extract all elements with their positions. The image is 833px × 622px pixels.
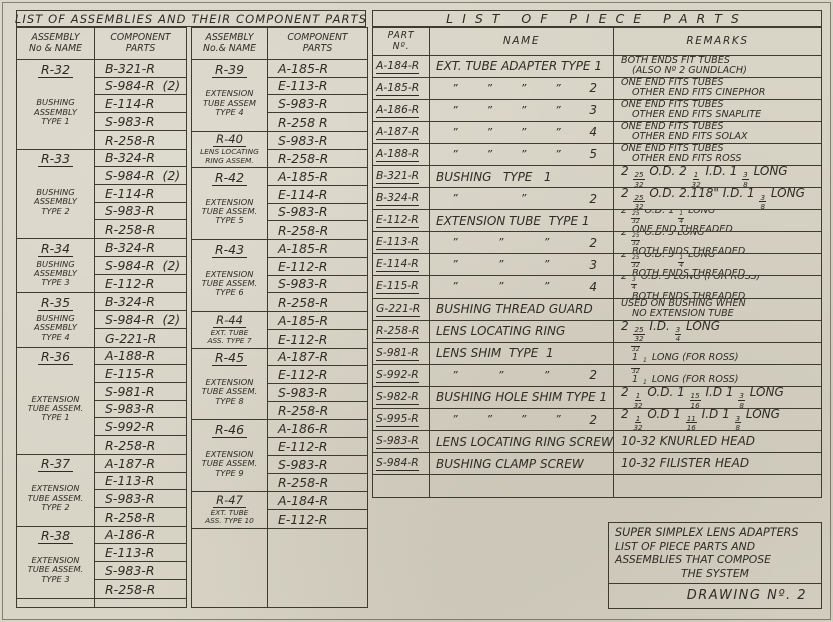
- assembly-cell: R-33BUSHINGASSEMBLYTYPE 2: [17, 150, 95, 239]
- part-name-type-number: 4: [589, 125, 597, 139]
- component-part: R-258-R: [268, 150, 367, 168]
- assembly-cell: R-35BUSHINGASSEMBLYTYPE 4: [17, 293, 95, 346]
- part-number-text: B-321-R: [376, 169, 419, 184]
- component-part: S-983-R: [268, 384, 367, 402]
- remarks-cell: ONE END FITS TUBESOTHER END FITS ROSS: [614, 144, 821, 165]
- table-row: B-321-RBUSHING TYPE 12 2532 O.D. 2 132 I…: [373, 166, 821, 188]
- component-part: B-324-R: [95, 239, 186, 257]
- assembly-name-line: TYPE 3: [41, 278, 69, 287]
- remarks-cell: 2 2532 I.D. 34 LONG: [614, 321, 821, 342]
- assembly-group: R-45EXTENSIONTUBE ASSEM.TYPE 8A-187-RE-1…: [192, 349, 367, 421]
- ditto-mark: ”: [521, 126, 527, 139]
- remarks-line: BOTH ENDS THREADED: [621, 247, 821, 253]
- ditto-mark: ”: [544, 280, 550, 293]
- part-number-cell: S-984-R: [373, 453, 430, 474]
- component-part: E-112-R: [95, 275, 186, 293]
- component-part: S-983-R: [268, 204, 367, 222]
- table-row: A-186-R””””3ONE END FITS TUBESOTHER END …: [373, 100, 821, 122]
- table-row: S-995-R””””22 132 O.D 1 1116 I.D 1 38 LO…: [373, 409, 821, 431]
- remarks-line: NO EXTENSION TUBE: [621, 309, 821, 319]
- ditto-mark: ”: [486, 148, 492, 161]
- column-header-assembly: ASSEMBLY No.& NAME: [192, 28, 268, 59]
- component-parts-list: B-324-RS-984-R (2)E-112-R: [95, 239, 186, 292]
- component-part: A-186-R: [268, 420, 367, 438]
- assembly-name-line: TYPE 9: [215, 469, 243, 478]
- part-number-cell: A-184-R: [373, 56, 430, 77]
- assembly-group: R-36EXTENSIONTUBE ASSEM.TYPE 1A-188-RE-1…: [17, 348, 186, 455]
- ditto-mark: ”: [544, 236, 550, 249]
- component-parts-list: A-185-RE-112-R: [268, 312, 367, 347]
- ditto-mark: ”: [452, 82, 458, 95]
- component-part: E-114-R: [268, 186, 367, 204]
- assembly-group: R-33BUSHINGASSEMBLYTYPE 2B-324-RS-984-R …: [17, 150, 186, 240]
- stacked-fraction: 12: [642, 359, 648, 364]
- assembly-number: R-44: [213, 313, 246, 327]
- part-name-cell: BUSHING HOLE SHIM TYPE 1: [430, 387, 614, 408]
- part-name-cell: BUSHING TYPE 1: [430, 166, 614, 187]
- component-parts-list: A-186-RE-113-RS-983-RR-258-R: [95, 527, 186, 598]
- component-parts-list: A-185-RE-114-RS-983-RR-258-R: [268, 168, 367, 239]
- assembly-number: R-32: [38, 61, 73, 78]
- remarks-cell: 2 132 O.D 1 1116 I.D 1 38 LONG: [614, 409, 821, 430]
- component-parts-list: A-186-RE-112-RS-983-RR-258-R: [268, 420, 367, 491]
- stacked-fraction: 132: [633, 415, 642, 431]
- stacked-fraction: 14: [678, 256, 684, 270]
- stacked-fraction: 38: [738, 392, 745, 408]
- part-name-type-number: 3: [589, 258, 597, 272]
- component-part: A-186-R: [95, 527, 186, 545]
- remarks-cell: 10-32 KNURLED HEAD: [614, 431, 821, 452]
- table-row: E-112-REXTENSION TUBE TYPE 12 2532 O.D. …: [373, 210, 821, 232]
- assembly-group: R-43EXTENSIONTUBE ASSEM.TYPE 6A-185-RE-1…: [192, 240, 367, 312]
- table-row: A-188-R””””5ONE END FITS TUBESOTHER END …: [373, 144, 821, 166]
- remarks-line: BOTH ENDS THREADED: [621, 269, 821, 275]
- table-row: S-984-RBUSHING CLAMP SCREW10-32 FILISTER…: [373, 453, 821, 475]
- part-number-text: A-185-R: [376, 81, 419, 96]
- component-part: S-983-R: [268, 276, 367, 294]
- assembly-cell: R-38EXTENSIONTUBE ASSEM.TYPE 3: [17, 527, 95, 598]
- part-name-type-number: 3: [589, 103, 597, 117]
- component-part: S-992-R: [95, 418, 186, 436]
- ditto-mark: ”: [452, 369, 458, 382]
- component-part: G-221-R: [95, 329, 186, 347]
- column-header-assembly: ASSEMBLY No & NAME: [17, 28, 95, 59]
- component-parts-list: A-184-RE-112-R: [268, 492, 367, 527]
- ditto-mark: ”: [452, 192, 458, 205]
- assembly-cell: R-42EXTENSIONTUBE ASSEM.TYPE 5: [192, 168, 268, 239]
- ditto-mark: ”: [498, 236, 504, 249]
- assembly-name-line: TYPE 8: [215, 397, 243, 406]
- component-part: A-185-R: [268, 60, 367, 78]
- ditto-mark: ”: [452, 148, 458, 161]
- table-row: A-185-R””””2ONE END FITS TUBESOTHER END …: [373, 78, 821, 100]
- remarks-line: 1 12 LONG (FOR ROSS): [621, 353, 821, 364]
- part-name-cell: ””””4: [430, 122, 614, 143]
- stacked-fraction: 1516: [690, 392, 701, 408]
- empty-cell: [268, 529, 367, 607]
- table-row: E-113-R”””22 2532 O.D. 3 LONGBOTH ENDS T…: [373, 232, 821, 254]
- part-number-text: E-115-R: [376, 279, 419, 294]
- part-number-text: E-114-R: [376, 257, 419, 272]
- part-name-type-number: 2: [589, 236, 597, 250]
- part-name-cell: BUSHING THREAD GUARD: [430, 299, 614, 320]
- title-block-line: SUPER SIMPLEX LENS ADAPTERS: [615, 527, 815, 538]
- component-part: A-187-R: [95, 455, 186, 473]
- table-row: S-982-RBUSHING HOLE SHIM TYPE 12 132 O.D…: [373, 387, 821, 409]
- ditto-mark: ”: [452, 236, 458, 249]
- ditto-mark: ”: [486, 104, 492, 117]
- stacked-fraction: 14: [678, 212, 684, 226]
- empty-row: [192, 529, 367, 607]
- header-line: PART: [388, 30, 415, 41]
- component-part: E-113-R: [268, 78, 367, 96]
- assembly-name-line: TYPE 2: [41, 503, 69, 512]
- remarks-cell: 2 34 O.D. 3 LONG (FOR ROSS)BOTH ENDS THR…: [614, 276, 821, 297]
- assembly-number-text: R-42: [212, 170, 247, 186]
- component-part: R-258-R: [95, 220, 186, 238]
- component-part: S-983-R: [95, 490, 186, 508]
- remarks-line: BOTH ENDS THREADED: [621, 292, 821, 298]
- assembly-group: R-47EXT. TUBEASS. TYPE 10A-184-RE-112-R: [192, 492, 367, 528]
- assembly-number-text: R-47: [213, 493, 246, 508]
- component-part: E-114-R: [95, 95, 186, 113]
- assembly-number-text: R-34: [38, 241, 73, 257]
- table-row: S-992-R”””22 2532 O.D. .010" THICK1 12 L…: [373, 365, 821, 387]
- assembly-name: EXT. TUBEASS. TYPE 10: [205, 507, 254, 527]
- part-number-cell: G-221-R: [373, 299, 430, 320]
- empty-cell: [95, 599, 186, 607]
- assembly-name: EXTENSIONTUBE ASSEM.TYPE 2: [28, 473, 84, 526]
- remarks-line: 1 12 LONG (FOR ROSS): [621, 375, 821, 386]
- remarks-cell: 2 2532 O.D. 3 LONGBOTH ENDS THREADED: [614, 232, 821, 253]
- ditto-mark: ”: [498, 280, 504, 293]
- part-number-cell: E-115-R: [373, 276, 430, 297]
- part-number-cell: A-185-R: [373, 78, 430, 99]
- assembly-group: R-37EXTENSIONTUBE ASSEM.TYPE 2A-187-RE-1…: [17, 455, 186, 527]
- component-part: B-321-R: [95, 60, 186, 78]
- piece-parts-table: PART Nº. NAME REMARKS A-184-REXT. TUBE A…: [372, 27, 822, 498]
- remarks-line: 2 2532 I.D. 34 LONG: [621, 321, 821, 342]
- part-name-type-number: 2: [589, 81, 597, 95]
- remarks-line: ONE END THREADED: [621, 225, 821, 231]
- part-number-text: S-981-R: [376, 346, 419, 361]
- ditto-mark: ”: [555, 126, 561, 139]
- assembly-name-line: TYPE 1: [41, 117, 69, 126]
- component-part: S-983-R: [95, 113, 186, 131]
- assembly-group: R-46EXTENSIONTUBE ASSEM.TYPE 9A-186-RE-1…: [192, 420, 367, 492]
- ditto-mark: ”: [498, 258, 504, 271]
- component-parts-list: A-188-RE-115-RS-981-RS-983-RS-992-RR-258…: [95, 348, 186, 454]
- part-number-cell: B-324-R: [373, 188, 430, 209]
- title-block-line: LIST OF PIECE PARTS AND: [615, 541, 815, 552]
- part-number-cell: A-186-R: [373, 100, 430, 121]
- stacked-fraction: 2532: [633, 326, 644, 342]
- part-number-text: G-221-R: [376, 302, 420, 317]
- assembly-name: EXT. TUBEASS. TYPE 7: [207, 327, 251, 347]
- part-number-cell: A-188-R: [373, 144, 430, 165]
- part-number-text: A-186-R: [376, 103, 419, 118]
- title-block-line: THE SYSTEM: [615, 568, 815, 579]
- column-header-remarks: REMARKS: [614, 28, 821, 55]
- part-number-text: S-984-R: [376, 456, 419, 471]
- table-row: E-115-R”””42 34 O.D. 3 LONG (FOR ROSS)BO…: [373, 276, 821, 298]
- part-name-cell: ””””2: [430, 409, 614, 430]
- part-name-cell: ”””4: [430, 276, 614, 297]
- assembly-name-line: TYPE 2: [41, 207, 69, 216]
- table-row: G-221-RBUSHING THREAD GUARDUSED ON BUSHI…: [373, 299, 821, 321]
- component-part: E-112-R: [268, 366, 367, 384]
- component-part: B-324-R: [95, 150, 186, 168]
- part-number-cell: S-982-R: [373, 387, 430, 408]
- component-part: E-112-R: [268, 330, 367, 348]
- remarks-line: 2 2532 O.D. 5 14 LONG: [621, 254, 821, 269]
- assembly-group: R-35BUSHINGASSEMBLYTYPE 4B-324-RS-984-R …: [17, 293, 186, 347]
- part-number-cell: S-983-R: [373, 431, 430, 452]
- empty-cell: [614, 475, 821, 496]
- component-part: R-258-R: [268, 474, 367, 492]
- empty-cell: [17, 599, 95, 607]
- assembly-number: R-42: [212, 169, 247, 186]
- assembly-number: R-33: [38, 151, 73, 168]
- part-name-cell: LENS LOCATING RING: [430, 321, 614, 342]
- assembly-name: EXTENSIONTUBE ASSEM.TYPE 9: [202, 438, 258, 491]
- assembly-name-line: TYPE 5: [215, 216, 243, 225]
- ditto-mark: ”: [486, 126, 492, 139]
- stacked-fraction: 2532: [631, 212, 640, 226]
- component-part: R-258-R: [95, 580, 186, 598]
- part-number-text: S-983-R: [376, 434, 419, 449]
- table-row: A-187-R””””4ONE END FITS TUBESOTHER END …: [373, 122, 821, 144]
- ditto-mark: ”: [452, 126, 458, 139]
- ditto-mark: ”: [498, 369, 504, 382]
- component-part: S-984-R (2): [95, 167, 186, 185]
- component-part: S-983-R: [268, 95, 367, 113]
- header-line: ASSEMBLY: [31, 33, 79, 44]
- remarks-cell: 2 2532 O.D. .010" THICK1 12 LONG (FOR RO…: [614, 365, 821, 386]
- component-part: B-324-R: [95, 293, 186, 311]
- part-name-type-number: 2: [589, 192, 597, 206]
- remarks-cell: BOTH ENDS FIT TUBES(ALSO Nº 2 GUNDLACH): [614, 56, 821, 77]
- assembly-name: BUSHINGASSEMBLYTYPE 1: [34, 78, 77, 149]
- stacked-fraction: 38: [742, 171, 749, 187]
- component-part: S-983-R: [268, 132, 367, 150]
- stacked-fraction: 12: [642, 381, 648, 386]
- component-part: E-113-R: [95, 544, 186, 562]
- assembly-name: EXTENSIONTUBE ASSEMTYPE 4: [203, 78, 256, 131]
- part-name-cell: ””””5: [430, 144, 614, 165]
- assembly-number: R-46: [212, 421, 247, 438]
- drawing-sheet: LIST OF ASSEMBLIES AND THEIR COMPONENT P…: [0, 0, 833, 622]
- piece-parts-body: A-184-REXT. TUBE ADAPTER TYPE 1BOTH ENDS…: [373, 56, 821, 497]
- component-part: R-258-R: [95, 436, 186, 454]
- ditto-mark: ”: [521, 192, 527, 205]
- component-part: S-983-R: [95, 562, 186, 580]
- component-part: E-115-R: [95, 365, 186, 383]
- assembly-name: BUSHINGASSEMBLYTYPE 4: [34, 311, 77, 346]
- component-part: E-112-R: [268, 438, 367, 456]
- assembly-name: EXTENSIONTUBE ASSEM.TYPE 8: [202, 367, 258, 420]
- remarks-line: OTHER END FITS CINEPHOR: [621, 88, 821, 98]
- assembly-number: R-34: [38, 240, 73, 257]
- assembly-group: R-34BUSHINGASSEMBLYTYPE 3B-324-RS-984-R …: [17, 239, 186, 293]
- part-name-cell: ”””3: [430, 254, 614, 275]
- column-header-name: NAME: [430, 28, 614, 55]
- stacked-fraction: 38: [735, 415, 742, 431]
- part-number-cell: S-995-R: [373, 409, 430, 430]
- header-line: No & NAME: [29, 44, 82, 55]
- remarks-cell: ONE END FITS TUBESOTHER END FITS SNAPLIT…: [614, 100, 821, 121]
- part-number-text: E-113-R: [376, 235, 419, 250]
- assembly-name: BUSHINGASSEMBLYTYPE 2: [34, 168, 77, 239]
- assembly-cell: R-34BUSHINGASSEMBLYTYPE 3: [17, 239, 95, 292]
- assembly-group: R-40LENS LOCATINGRING ASSEM.S-983-RR-258…: [192, 132, 367, 168]
- ditto-mark: ”: [452, 258, 458, 271]
- assembly-number: R-37: [38, 456, 73, 473]
- component-parts-list: B-321-RS-984-R (2)E-114-RS-983-RR-258-R: [95, 60, 186, 149]
- ditto-mark: ”: [544, 369, 550, 382]
- assembly-group: R-42EXTENSIONTUBE ASSEM.TYPE 5A-185-RE-1…: [192, 168, 367, 240]
- ditto-mark: ”: [521, 413, 527, 426]
- remarks-line: 2 34 O.D. 3 LONG (FOR ROSS): [621, 276, 821, 291]
- assembly-name-line: ASS. TYPE 7: [207, 337, 251, 345]
- assembly-name: BUSHINGASSEMBLYTYPE 3: [34, 257, 77, 292]
- assembly-number-text: R-43: [212, 242, 247, 258]
- component-part: S-983-R: [268, 456, 367, 474]
- part-name-cell: LENS SHIM TYPE 1: [430, 343, 614, 364]
- part-number-cell: B-321-R: [373, 166, 430, 187]
- assembly-number: R-39: [212, 61, 247, 78]
- remarks-line: OTHER END FITS ROSS: [621, 154, 821, 164]
- assembly-number-text: R-35: [38, 295, 73, 311]
- component-parts-list: B-324-RS-984-R (2)G-221-R: [95, 293, 186, 346]
- assembly-group: R-38EXTENSIONTUBE ASSEM.TYPE 3A-186-RE-1…: [17, 527, 186, 599]
- part-name-cell: ””””3: [430, 100, 614, 121]
- table-row: E-114-R”””32 2532 O.D. 5 14 LONGBOTH END…: [373, 254, 821, 276]
- part-number-cell: A-187-R: [373, 122, 430, 143]
- assembly-name-line: TYPE 4: [41, 333, 69, 342]
- component-parts-list: B-324-RS-984-R (2)E-114-RS-983-RR-258-R: [95, 150, 186, 239]
- drawing-number: DRAWING Nº. 2: [608, 583, 822, 609]
- assembly-number-text: R-45: [212, 350, 247, 366]
- component-parts-list: A-187-RE-112-RS-983-RR-258-R: [268, 349, 367, 420]
- ditto-mark: ”: [555, 148, 561, 161]
- column-header-component-parts: COMPONENT PARTS: [268, 28, 367, 59]
- part-number-text: S-982-R: [376, 390, 419, 405]
- part-number-text: A-187-R: [376, 125, 419, 140]
- component-part: S-981-R: [95, 383, 186, 401]
- remarks-cell: 2 2532 O.D. 2.118" I.D. 1 38 LONG: [614, 188, 821, 209]
- component-part: E-112-R: [268, 258, 367, 276]
- ditto-mark: ”: [544, 258, 550, 271]
- part-name-cell: EXT. TUBE ADAPTER TYPE 1: [430, 56, 614, 77]
- remarks-cell: 10-32 FILISTER HEAD: [614, 453, 821, 474]
- assemblies-table-body: R-39EXTENSIONTUBE ASSEMTYPE 4A-185-RE-11…: [192, 60, 367, 607]
- assembly-number: R-35: [38, 294, 73, 311]
- component-part: A-184-R: [268, 492, 367, 510]
- stacked-fraction: 38: [759, 194, 766, 210]
- remarks-cell: ONE END FITS TUBESOTHER END FITS SOLAX: [614, 122, 821, 143]
- empty-cell: [373, 475, 430, 496]
- component-part: S-983-R: [95, 203, 186, 221]
- assembly-cell: R-44EXT. TUBEASS. TYPE 7: [192, 312, 268, 347]
- assembly-cell: R-36EXTENSIONTUBE ASSEM.TYPE 1: [17, 348, 95, 454]
- table-row: A-184-REXT. TUBE ADAPTER TYPE 1BOTH ENDS…: [373, 56, 821, 78]
- ditto-mark: ”: [452, 280, 458, 293]
- assembly-number: R-40: [213, 133, 246, 147]
- assemblies-table-middle: ASSEMBLY No.& NAME COMPONENT PARTS R-39E…: [191, 27, 368, 608]
- remarks-line: (ALSO Nº 2 GUNDLACH): [621, 66, 821, 76]
- component-part: S-984-R (2): [95, 257, 186, 275]
- part-number-cell: E-112-R: [373, 210, 430, 231]
- assembly-cell: R-43EXTENSIONTUBE ASSEM.TYPE 6: [192, 240, 268, 311]
- assemblies-section-title: LIST OF ASSEMBLIES AND THEIR COMPONENT P…: [16, 10, 366, 27]
- part-number-text: S-992-R: [376, 368, 419, 383]
- assembly-name: EXTENSIONTUBE ASSEM.TYPE 1: [28, 366, 84, 454]
- remarks-line: OTHER END FITS SNAPLITE: [621, 110, 821, 120]
- stacked-fraction: 34: [675, 326, 682, 342]
- part-name-cell: ””””2: [430, 78, 614, 99]
- part-name-cell: LENS LOCATING RING SCREW: [430, 431, 614, 452]
- ditto-mark: ”: [555, 104, 561, 117]
- part-name-type-number: 2: [589, 413, 597, 427]
- component-part: A-185-R: [268, 240, 367, 258]
- header-line: COMPONENT: [287, 33, 347, 44]
- empty-cell: [430, 475, 614, 496]
- assembly-number-text: R-44: [213, 313, 246, 328]
- ditto-mark: ”: [555, 82, 561, 95]
- empty-row: [17, 599, 186, 607]
- assembly-number-text: R-37: [38, 456, 73, 472]
- remarks-line: 2 2532 O.D. 1 14 LONG: [621, 210, 821, 225]
- assembly-name-line: ASS. TYPE 10: [205, 517, 254, 525]
- part-number-cell: S-992-R: [373, 365, 430, 386]
- assembly-name: EXTENSIONTUBE ASSEM.TYPE 3: [28, 545, 84, 598]
- remarks-line: OTHER END FITS SOLAX: [621, 132, 821, 142]
- assembly-number: R-45: [212, 350, 247, 367]
- remarks-line: 2 132 O.D 1 1116 I.D 1 38 LONG: [621, 409, 821, 430]
- assembly-cell: R-32BUSHINGASSEMBLYTYPE 1: [17, 60, 95, 149]
- assembly-cell: R-47EXT. TUBEASS. TYPE 10: [192, 492, 268, 527]
- part-number-text: E-112-R: [376, 213, 419, 228]
- assembly-number: R-36: [38, 349, 73, 366]
- ditto-mark: ”: [452, 104, 458, 117]
- part-name-type-number: 5: [589, 147, 597, 161]
- assembly-cell: R-45EXTENSIONTUBE ASSEM.TYPE 8: [192, 349, 268, 420]
- part-name-cell: ””2: [430, 188, 614, 209]
- component-parts-list: S-983-RR-258-R: [268, 132, 367, 167]
- ditto-mark: ”: [486, 413, 492, 426]
- assembly-group: R-44EXT. TUBEASS. TYPE 7A-185-RE-112-R: [192, 312, 367, 348]
- component-part: E-113-R: [95, 473, 186, 491]
- component-parts-list: A-187-RE-113-RS-983-RR-258-R: [95, 455, 186, 526]
- component-parts-list: A-185-RE-113-RS-983-RR-258 R: [268, 60, 367, 131]
- component-part: A-187-R: [268, 349, 367, 367]
- component-parts-list: A-185-RE-112-RS-983-RR-258-R: [268, 240, 367, 311]
- part-number-text: R-258-R: [376, 324, 419, 339]
- column-header-part-no: PART Nº.: [373, 28, 430, 55]
- remarks-line: 2 2532 O.D. 2 132 I.D. 1 38 LONG: [621, 166, 821, 187]
- assembly-name-line: TYPE 1: [41, 413, 69, 422]
- remarks-cell: 2 2532 O.D. 1 14 LONGONE END THREADED: [614, 210, 821, 231]
- remarks-line: 10-32 FILISTER HEAD: [621, 457, 821, 470]
- stacked-fraction: 2532: [633, 171, 644, 187]
- header-line: PARTS: [303, 44, 333, 55]
- assembly-group: R-32BUSHINGASSEMBLYTYPE 1B-321-RS-984-R …: [17, 60, 186, 150]
- component-part: R-258 R: [268, 113, 367, 131]
- piece-parts-title: LIST OF PIECE PARTS: [372, 10, 822, 27]
- title-block: SUPER SIMPLEX LENS ADAPTERS LIST OF PIEC…: [608, 522, 822, 584]
- header-line: COMPONENT: [110, 33, 170, 44]
